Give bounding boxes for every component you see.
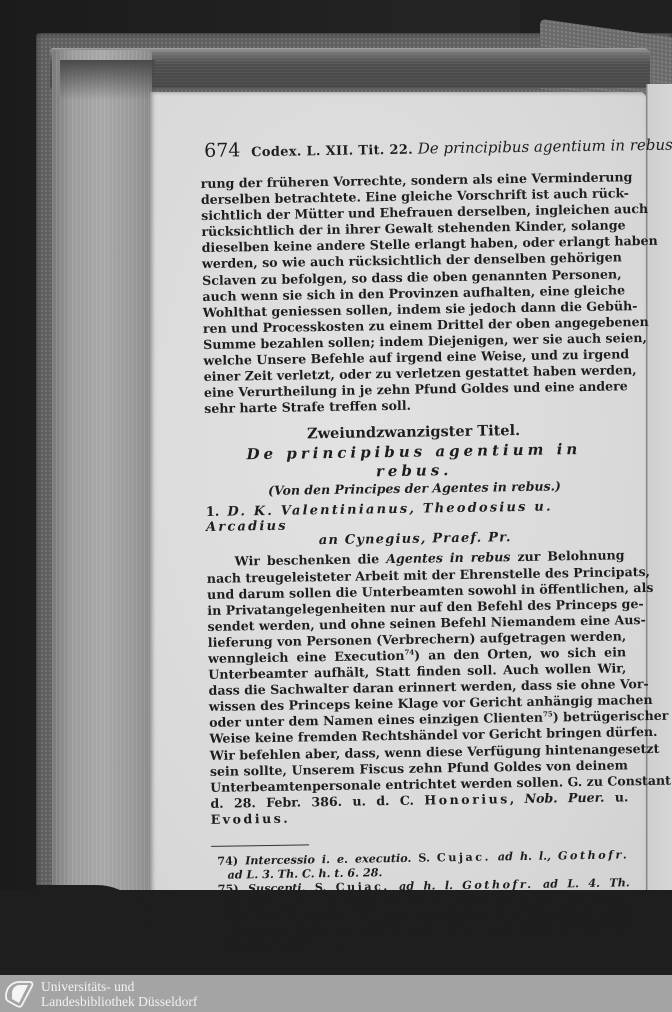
book-page-block-left	[52, 50, 152, 890]
text-span: d. 28. Febr. 386. u. d. C.	[210, 792, 424, 810]
text-span-italic: Intercessio i. e. executio.	[238, 851, 411, 868]
facing-page-edge	[646, 84, 672, 954]
text-span-italic: C. eod.	[228, 895, 273, 910]
text-span-italic: ad h. l.	[390, 878, 463, 893]
text-span: u.	[604, 789, 628, 804]
footnote-number: 75)	[218, 881, 239, 895]
text-span: ,	[510, 791, 525, 806]
text-span: S.	[411, 850, 437, 864]
page-number: 674	[204, 139, 241, 162]
text-span-italic: ad h. l.,	[491, 848, 558, 863]
library-name: Universitäts- und Landesbibliothek Düsse…	[41, 979, 197, 1009]
codex-label: Codex.	[251, 144, 302, 160]
text-span-spaced: Gothofr.	[244, 936, 316, 951]
text-span: u.	[273, 895, 298, 909]
text-span-italic: Agentes in rebus	[386, 550, 510, 567]
footnotes: 74) Intercessio i. e. executio. S. Cujac…	[211, 847, 630, 952]
text-span-spaced: Gothofr.	[462, 877, 534, 892]
text-span-spaced: Paul.	[408, 892, 452, 907]
section-title-block: Zweiundzwanzigster Titel. De principibus…	[204, 420, 623, 500]
library-footer: Universitäts- und Landesbibliothek Düsse…	[0, 975, 672, 1012]
text-span-italic: Suscepti.	[238, 880, 305, 895]
text-span-spaced: Cujac.	[437, 850, 491, 865]
text-span: S.	[305, 880, 335, 894]
text-span-italic: Sent. V.	[452, 891, 508, 906]
text-span-spaced: Gothofr.	[558, 847, 630, 862]
law-number: 1.	[206, 505, 220, 520]
footnote-number: 74)	[217, 853, 238, 867]
text-span-spaced: Honorius	[424, 791, 510, 807]
text-span-spaced: Schulting	[297, 893, 381, 908]
text-span-italic: ad	[381, 893, 409, 907]
title-number: Tit. 22.	[358, 143, 413, 159]
text-span: zur Belohnung	[510, 548, 624, 565]
page-block-shadow	[60, 60, 155, 100]
text-span-spaced: Cujac.	[336, 879, 390, 894]
text-span-italic: l. l.	[315, 936, 339, 950]
library-name-line2: Landesbibliothek Düsseldorf	[41, 994, 197, 1009]
footnote-ref-74[interactable]: 74	[404, 647, 414, 656]
law-heading: 1.D. K. Valentinianus, Theodosius u. Arc…	[206, 499, 625, 551]
text-span: ) betrügerischer	[553, 708, 669, 725]
text-span: ) an den Orten, wo sich ein	[414, 644, 626, 662]
text-span-italic: ad L. 4. Th.	[533, 875, 629, 891]
text-span-italic: Nob. Puer.	[524, 790, 604, 806]
text-span: Wir beschenken die	[234, 552, 386, 569]
intro-paragraph: rung der früheren Vorrechte, sondern als…	[201, 169, 623, 417]
book-label: L. XII.	[306, 144, 353, 160]
section-title-latin: De principibus agentium in rebus.	[205, 440, 624, 485]
text-span: S.	[229, 937, 245, 951]
footnote-divider	[211, 844, 309, 847]
footnote-ref-75[interactable]: 75	[543, 710, 553, 719]
book-logo-icon	[3, 979, 35, 1009]
library-name-line1: Universitäts- und	[41, 979, 197, 994]
law-paragraph: Wir beschenken die Agentes in rebus zur …	[206, 548, 628, 828]
text-span: wenngleich eine Execution	[208, 648, 405, 666]
page-content: 674 Codex. L. XII. Tit. 22. De principib…	[200, 135, 631, 951]
